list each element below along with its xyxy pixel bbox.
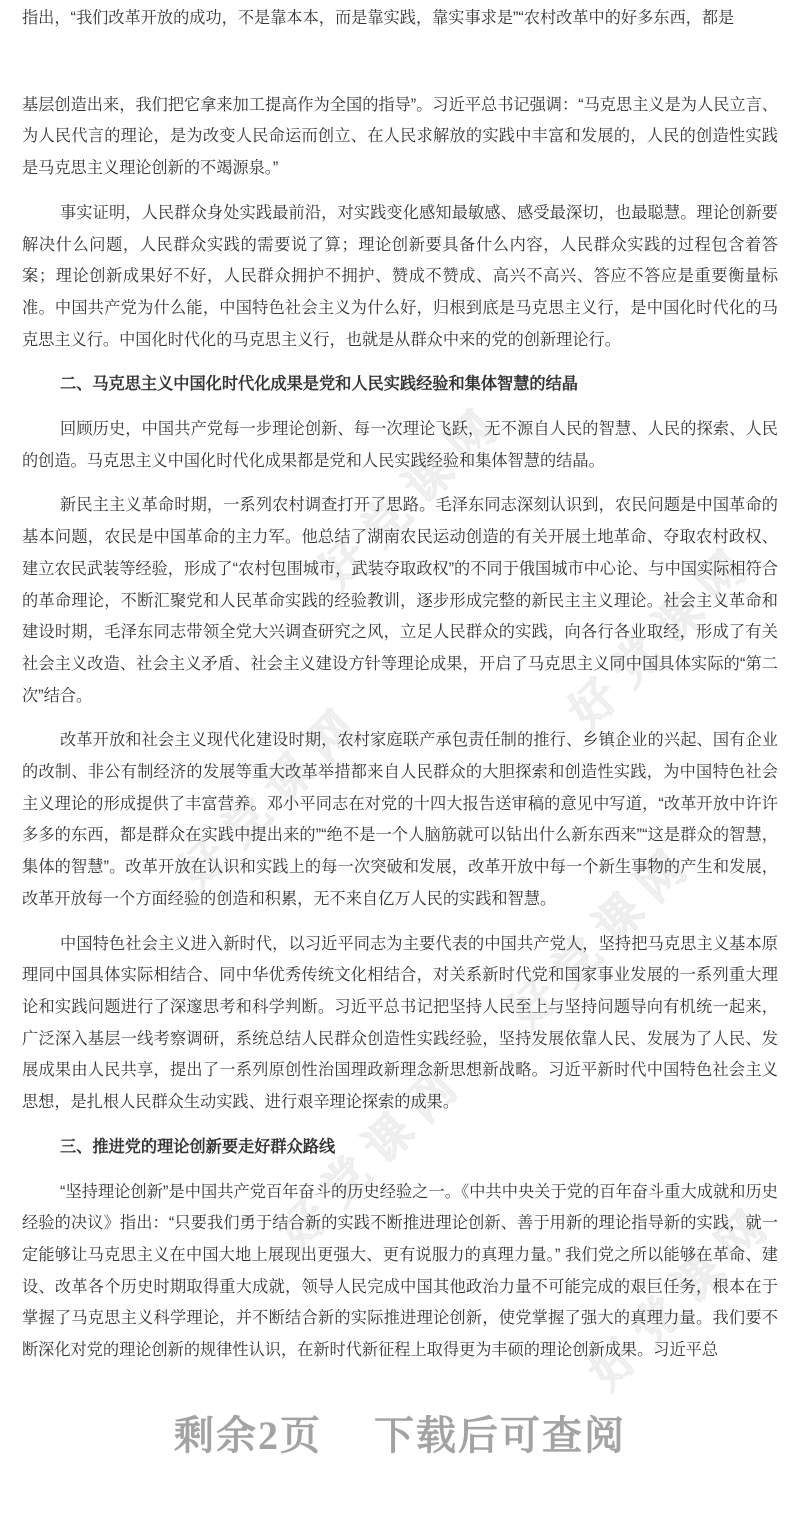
- paragraph: 回顾历史，中国共产党每一步理论创新、每一次理论飞跃，无不源自人民的智慧、人民的探…: [22, 414, 778, 477]
- paragraph: “坚持理论创新”是中国共产党百年奋斗的历史经验之一。《中共中央关于党的百年奋斗重…: [22, 1177, 778, 1367]
- paragraph: 改革开放和社会主义现代化建设时期，农村家庭联产承包责任制的推行、乡镇企业的兴起、…: [22, 725, 778, 915]
- paragraph-continuation: 指出，“我们改革开放的成功，不是靠本本，而是靠实践，靠实事求是”“农村改革中的好…: [22, 3, 778, 35]
- remaining-pages-label: 剩余2页: [174, 1404, 322, 1461]
- download-note: 下载后可查阅: [374, 1404, 626, 1461]
- paragraph-continuation: 基层创造出来，我们把它拿来加工提高作为全国的指导”。习近平总书记强调：“马克思主…: [22, 90, 778, 185]
- section-heading-3: 三、推进党的理论创新要走好群众路线: [22, 1132, 778, 1164]
- paragraph: 新民主主义革命时期，一系列农村调查打开了思路。毛泽东同志深刻认识到，农民问题是中…: [22, 490, 778, 712]
- preview-footer: 剩余2页 下载后可查阅: [0, 1404, 800, 1461]
- document-page: 指出，“我们改革开放的成功，不是靠本本，而是靠实践，靠实事求是”“农村改革中的好…: [0, 0, 800, 1367]
- page-break-gap: [22, 48, 778, 90]
- section-heading-2: 二、马克思主义中国化时代化成果是党和人民实践经验和集体智慧的结晶: [22, 369, 778, 401]
- paragraph: 事实证明，人民群众身处实践最前沿，对实践变化感知最敏感、感受最深切，也最聪慧。理…: [22, 198, 778, 357]
- paragraph: 中国特色社会主义进入新时代，以习近平同志为主要代表的中国共产党人，坚持把马克思主…: [22, 929, 778, 1119]
